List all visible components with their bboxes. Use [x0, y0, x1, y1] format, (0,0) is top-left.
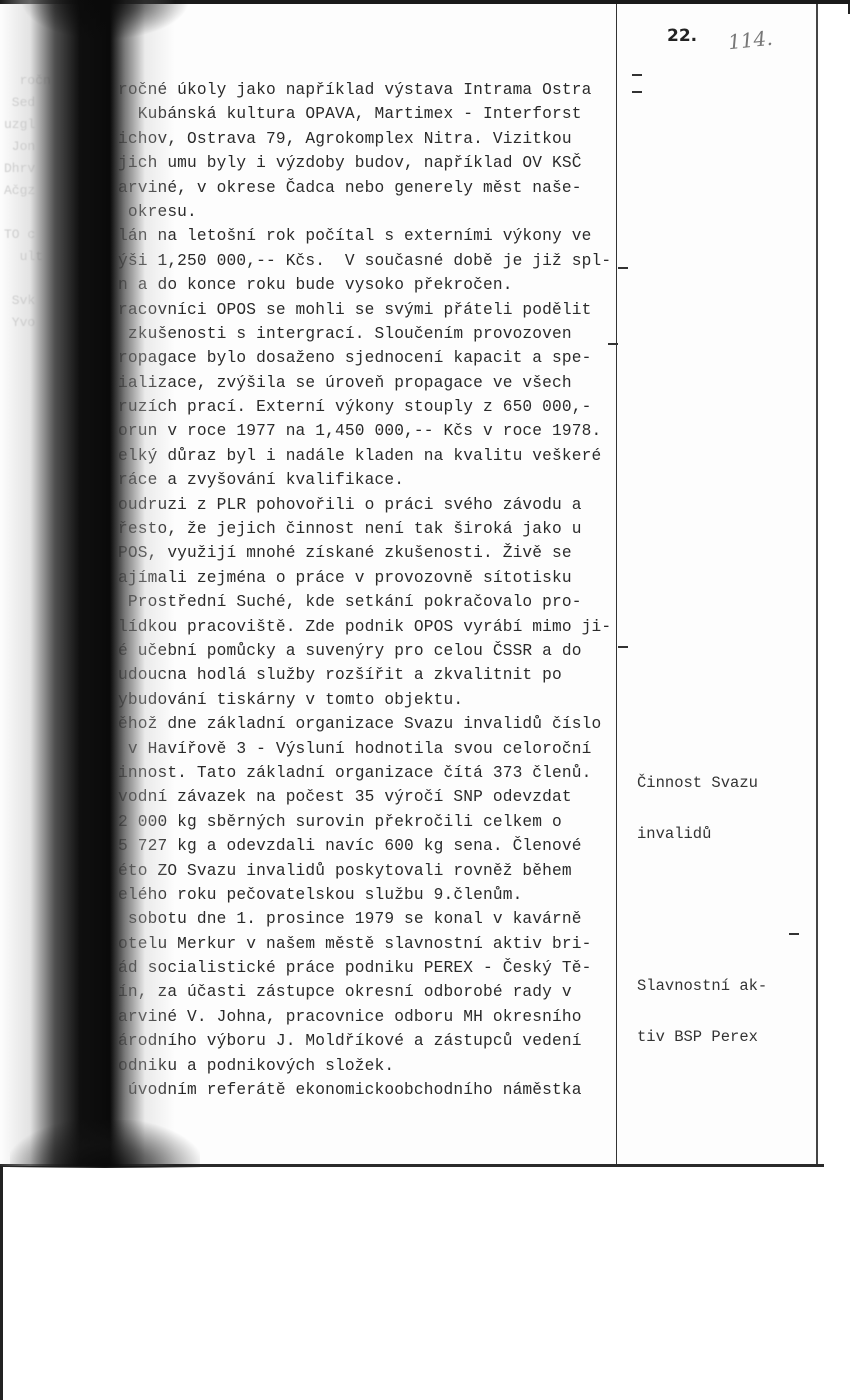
text-line: elého roku pečovatelskou službu 9.členům…: [118, 883, 628, 907]
handwritten-archive-number: 114.: [727, 26, 774, 55]
text-line: lídkou pracoviště. Zde podnik OPOS vyráb…: [118, 615, 628, 639]
text-line: lán na letošní rok počítal s externími v…: [118, 224, 628, 248]
ghost-line: Dhrv: [4, 158, 64, 180]
text-line: okresu.: [118, 200, 628, 224]
page-number: 22.: [667, 26, 697, 46]
text-line: ichov, Ostrava 79, Agrokomplex Nitra. Vi…: [118, 127, 628, 151]
margin-note-svaz-invalidu: Činnost Svazu invalidů: [637, 741, 758, 877]
margin-note-line: Činnost Svazu: [637, 775, 758, 792]
text-line: Prostřední Suché, kde setkání pokračoval…: [118, 590, 628, 614]
text-line: ěhož dne základní organizace Svazu inval…: [118, 712, 628, 736]
text-line: árodního výboru J. Moldříkové a zástupců…: [118, 1029, 628, 1053]
text-line: arviné V. Johna, pracovnice odboru MH ok…: [118, 1005, 628, 1029]
text-line: ýši 1,250 000,-- Kčs. V současné době je…: [118, 249, 628, 273]
text-line: oudruzi z PLR pohovořili o práci svého z…: [118, 493, 628, 517]
page-edge: [0, 1166, 3, 1400]
text-line: 2 000 kg sběrných surovin překročili cel…: [118, 810, 628, 834]
ghost-line: Yvo: [4, 312, 64, 334]
margin-note-slavnostni-aktiv: Slavnostní ak- tiv BSP Perex: [637, 944, 767, 1080]
margin-note-line: tiv BSP Perex: [637, 1029, 767, 1046]
margin-tick-mark: [632, 74, 642, 76]
ghost-line: Ačgz: [4, 180, 64, 202]
text-line: arviné, v okrese Čadca nebo generely měs…: [118, 176, 628, 200]
text-line: úvodním referátě ekonomickoobchodního ná…: [118, 1078, 628, 1102]
margin-tick-mark: [608, 343, 618, 345]
text-line: ybudování tiskárny v tomto objektu.: [118, 688, 628, 712]
top-border: [0, 0, 850, 4]
text-line: sobotu dne 1. prosince 1979 se konal v k…: [118, 907, 628, 931]
ghost-line: Jon: [4, 136, 64, 158]
text-line: ád socialistické práce podniku PEREX - Č…: [118, 956, 628, 980]
bottom-border: [0, 1164, 824, 1167]
ghost-line: ročn: [4, 70, 64, 92]
text-line: ročné úkoly jako například výstava Intra…: [118, 78, 628, 102]
text-line: POS, využijí mnohé získané zkušenosti. Ž…: [118, 541, 628, 565]
text-line: é učební pomůcky a suvenýry pro celou ČS…: [118, 639, 628, 663]
margin-tick-mark: [632, 91, 642, 93]
text-line: řesto, že jejich činnost není tak široká…: [118, 517, 628, 541]
ghost-line: Sed: [4, 92, 64, 114]
bleed-through-text: ročn Seduzgl JonDhrvAčgzTO c ult Svk Yvo: [4, 70, 64, 334]
gutter-shadow-bottom: [10, 1120, 200, 1168]
text-line: 5 727 kg a odevzdali navíc 600 kg sena. …: [118, 834, 628, 858]
margin-note-line: invalidů: [637, 826, 758, 843]
text-line: innost. Tato základní organizace čítá 37…: [118, 761, 628, 785]
text-line: ializace, zvýšila se úroveň propagace ve…: [118, 371, 628, 395]
body-text: ročné úkoly jako například výstava Intra…: [118, 78, 628, 1102]
margin-tick-mark: [789, 933, 799, 935]
text-line: zkušenosti s intergrací. Sloučením provo…: [118, 322, 628, 346]
text-line: udoucna hodlá služby rozšířit a zkvalitn…: [118, 663, 628, 687]
text-line: vodní závazek na počest 35 výročí SNP od…: [118, 785, 628, 809]
text-line: odniku a podnikových složek.: [118, 1054, 628, 1078]
text-line: orun v roce 1977 na 1,450 000,-- Kčs v r…: [118, 419, 628, 443]
scanned-page: ročn Seduzgl JonDhrvAčgzTO c ult Svk Yvo…: [0, 0, 820, 1166]
ghost-line: ult: [4, 246, 64, 268]
gutter-shadow-top: [20, 0, 190, 40]
text-line: otelu Merkur v našem městě slavnostní ak…: [118, 932, 628, 956]
ghost-line: TO c: [4, 224, 64, 246]
text-line: ajímali zejména o práce v provozovně sít…: [118, 566, 628, 590]
right-border: [816, 4, 818, 1166]
text-line: ruzích prací. Externí výkony stouply z 6…: [118, 395, 628, 419]
text-line: ín, za účasti zástupce okresní odborobé …: [118, 980, 628, 1004]
margin-tick-mark: [618, 646, 628, 648]
margin-note-line: Slavnostní ak-: [637, 978, 767, 995]
text-line: ropagace bylo dosaženo sjednocení kapaci…: [118, 346, 628, 370]
text-line: v Havířově 3 - Výsluní hodnotila svou ce…: [118, 737, 628, 761]
ghost-line: [4, 202, 64, 224]
text-line: jich umu byly i výzdoby budov, například…: [118, 151, 628, 175]
ghost-line: [4, 268, 64, 290]
text-line: Kubánská kultura OPAVA, Martimex - Inter…: [118, 102, 628, 126]
margin-tick-mark: [618, 267, 628, 269]
text-line: elký důraz byl i nadále kladen na kvalit…: [118, 444, 628, 468]
text-line: n a do konce roku bude vysoko překročen.: [118, 273, 628, 297]
ghost-line: Svk: [4, 290, 64, 312]
text-line: racovníci OPOS se mohli se svými přáteli…: [118, 298, 628, 322]
ghost-line: uzgl: [4, 114, 64, 136]
text-line: éto ZO Svazu invalidů poskytovali rovněž…: [118, 859, 628, 883]
text-line: ráce a zvyšování kvalifikace.: [118, 468, 628, 492]
